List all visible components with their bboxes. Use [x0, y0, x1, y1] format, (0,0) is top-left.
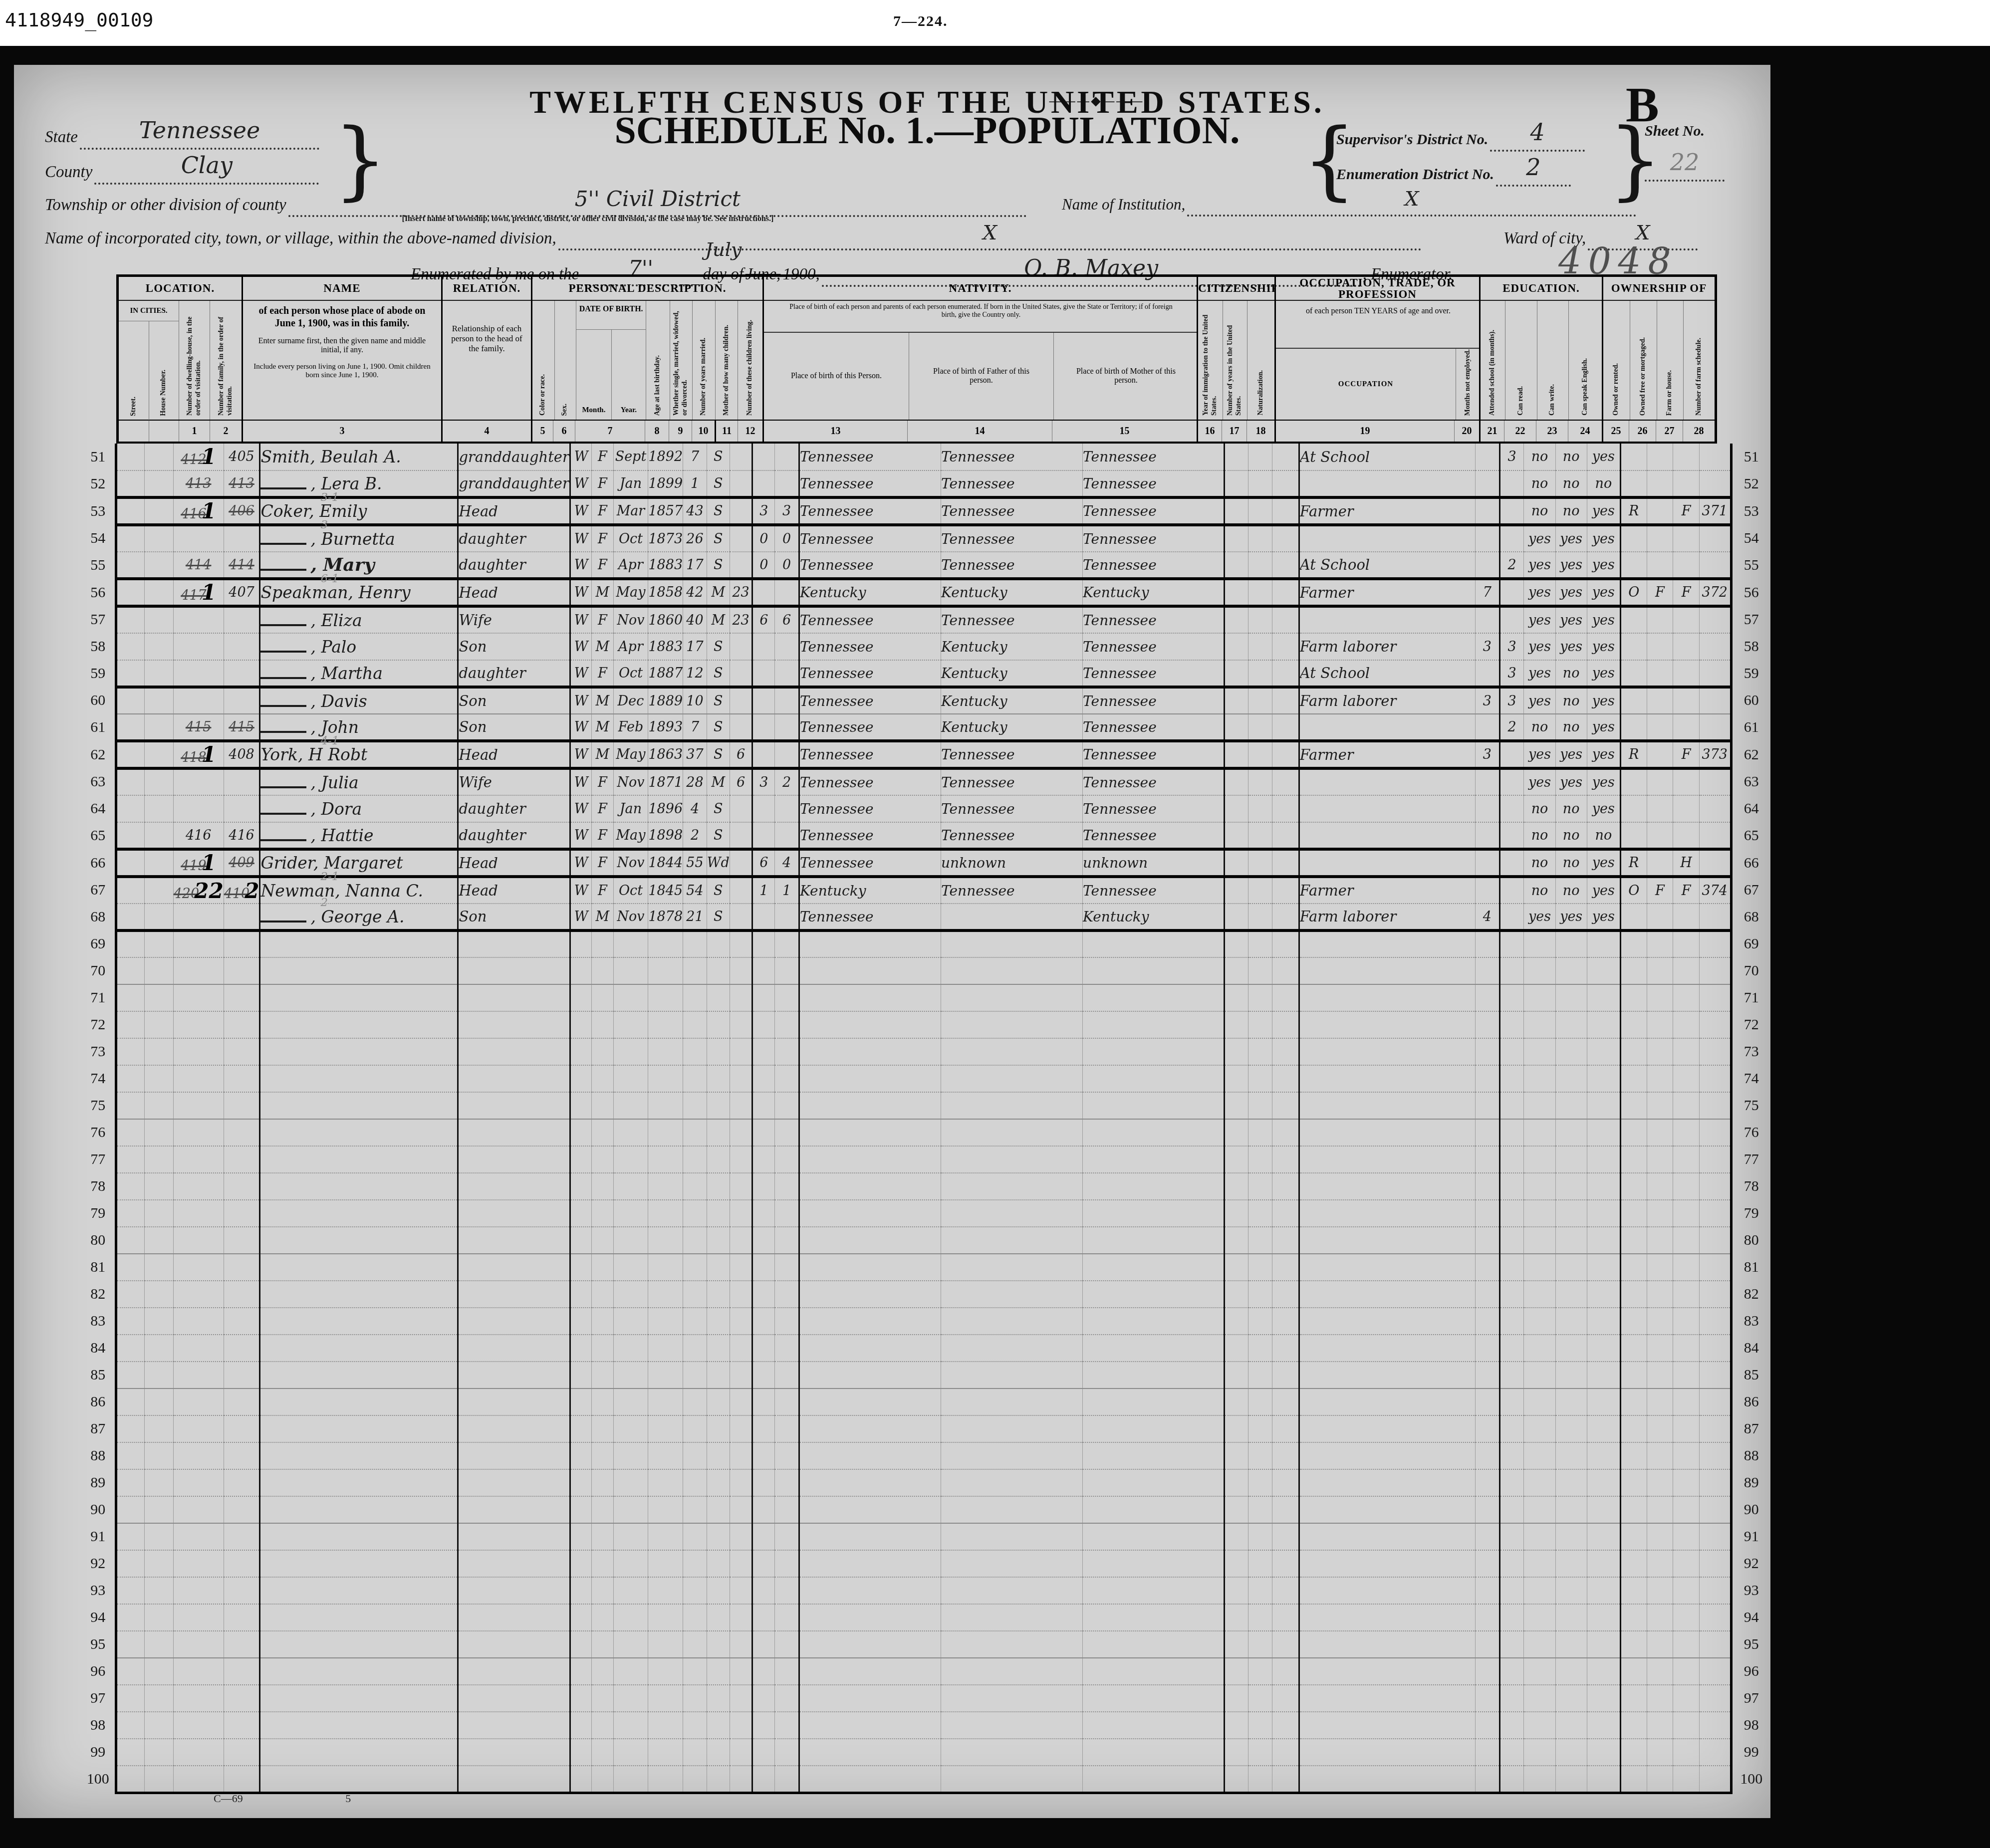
- cell-own-r63: [1620, 768, 1647, 795]
- cell-liv-r97: [775, 1685, 799, 1712]
- cell-rel-r52: granddaughter: [458, 470, 570, 497]
- column-number-11: 11: [715, 421, 738, 442]
- cell-occ-r100: [1299, 1766, 1475, 1793]
- cell-moth-r51: [752, 444, 775, 470]
- cell-sx-r72: [592, 1011, 613, 1038]
- cell-mar-r62: S: [707, 741, 730, 768]
- cell-bpp-r80: [799, 1227, 941, 1254]
- cell-yr-r60: 1889: [648, 687, 683, 714]
- cell-rd-r83: [1524, 1308, 1555, 1335]
- cell-own-r60: [1620, 687, 1647, 714]
- cell-rel-r86: [458, 1388, 570, 1415]
- cell-name-r91: [260, 1523, 458, 1550]
- cell-street-r73: [116, 1038, 145, 1065]
- row-number-right-r81: 81: [1731, 1254, 1770, 1281]
- cell-nat-r76: [1272, 1119, 1299, 1146]
- cell-age-r75: [683, 1092, 707, 1119]
- cell-ofm-r59: [1647, 660, 1673, 687]
- cell-own-r58: [1620, 633, 1647, 660]
- cell-en-r95: [1587, 1631, 1620, 1658]
- cell-sx-r60: M: [592, 687, 613, 714]
- cell-house-r85: [145, 1362, 174, 1388]
- cell-mne-r87: [1475, 1415, 1499, 1442]
- cell-rel-r93: [458, 1577, 570, 1604]
- cell-sx-r89: [592, 1469, 613, 1496]
- cell-occ-r64: [1299, 795, 1475, 822]
- cell-street-r78: [116, 1173, 145, 1200]
- cell-mne-r57: [1475, 606, 1499, 633]
- cell-en-r59: yes: [1587, 660, 1620, 687]
- row-number-left-r81: 81: [81, 1254, 116, 1281]
- cell-fh-r73: [1673, 1038, 1700, 1065]
- cell-rd-r76: [1524, 1119, 1555, 1146]
- cell-ym-r89: [730, 1469, 752, 1496]
- cell-bpf-r77: [941, 1146, 1083, 1173]
- cell-moth-r61: [752, 714, 775, 741]
- cell-rd-r60: yes: [1524, 687, 1555, 714]
- cell-bpm-r59: Tennessee: [1083, 660, 1225, 687]
- cell-liv-r77: [775, 1146, 799, 1173]
- cell-yus-r66: [1248, 849, 1272, 877]
- cell-mar-r75: [707, 1092, 730, 1119]
- cell-mne-r80: [1475, 1227, 1499, 1254]
- cell-occ-r92: [1299, 1550, 1475, 1577]
- cell-fam-r88: [224, 1442, 260, 1469]
- cell-moth-r72: [752, 1011, 775, 1038]
- cell-fh-r71: [1673, 984, 1700, 1011]
- cell-own-r76: [1620, 1119, 1647, 1146]
- cell-fam-r83: [224, 1308, 260, 1335]
- cell-wr-r72: [1555, 1011, 1587, 1038]
- cell-occ-r81: [1299, 1254, 1475, 1281]
- cell-en-r66: yes: [1587, 849, 1620, 877]
- cell-fh-r53: F: [1673, 497, 1700, 525]
- cell-imm-r62: [1225, 741, 1248, 768]
- cell-c-r84: [570, 1335, 591, 1362]
- cell-sx-r98: [592, 1712, 613, 1739]
- cell-name-r99: [260, 1739, 458, 1766]
- cell-rd-r71: [1524, 984, 1555, 1011]
- cell-liv-r71: [775, 984, 799, 1011]
- cell-bpm-r64: Tennessee: [1083, 795, 1225, 822]
- cell-rd-r56: yes: [1524, 579, 1555, 606]
- cell-bpf-r83: [941, 1308, 1083, 1335]
- cell-dw-r72: [173, 1011, 224, 1038]
- cell-wr-r79: [1555, 1200, 1587, 1227]
- cell-yus-r87: [1248, 1415, 1272, 1442]
- cell-sx-r99: [592, 1739, 613, 1766]
- cell-liv-r62: [775, 741, 799, 768]
- cell-sx-r61: M: [592, 714, 613, 741]
- cell-liv-r79: [775, 1200, 799, 1227]
- cell-sch-r90: [1499, 1496, 1524, 1523]
- cell-wr-r91: [1555, 1523, 1587, 1550]
- cell-dw-r86: [173, 1388, 224, 1415]
- cell-nat-r71: [1272, 984, 1299, 1011]
- cell-sch-r56: [1499, 579, 1524, 606]
- cell-bpp-r69: [799, 930, 941, 957]
- cell-street-r56: [116, 579, 145, 606]
- col-marital-status-label: Whether single, married, widowed, or div…: [673, 305, 690, 416]
- cell-rd-r52: no: [1524, 470, 1555, 497]
- col-owned-rented-label: Owned or rented.: [1612, 363, 1621, 416]
- cell-mar-r89: [707, 1469, 730, 1496]
- name-instruction-3: Include every person living on June 1, 1…: [250, 363, 434, 380]
- cell-en-r62: yes: [1587, 741, 1620, 768]
- cell-sx-r62: M: [592, 741, 613, 768]
- cell-liv-r93: [775, 1577, 799, 1604]
- cell-ns-r69: [1699, 930, 1731, 957]
- cell-yr-r92: [648, 1550, 683, 1577]
- cell-c-r68: W: [570, 904, 591, 930]
- cell-rel-r62: Head: [458, 741, 570, 768]
- cell-moth-r64: [752, 795, 775, 822]
- cell-bpm-r73: [1083, 1038, 1225, 1065]
- cell-dw-r79: [173, 1200, 224, 1227]
- cell-dw-r74: [173, 1065, 224, 1092]
- cell-rd-r82: [1524, 1281, 1555, 1308]
- row-number-right-r58: 58: [1731, 633, 1770, 660]
- cell-en-r84: [1587, 1335, 1620, 1362]
- cell-moth-r97: [752, 1685, 775, 1712]
- cell-liv-r72: [775, 1011, 799, 1038]
- cell-name-r71: [260, 984, 458, 1011]
- cell-ns-r53: 371: [1699, 497, 1731, 525]
- cell-moth-r91: [752, 1523, 775, 1550]
- column-number-7: 7: [575, 421, 645, 442]
- cell-wr-r88: [1555, 1442, 1587, 1469]
- cell-sx-r73: [592, 1038, 613, 1065]
- cell-ofm-r72: [1647, 1011, 1673, 1038]
- cell-sx-r71: [592, 984, 613, 1011]
- cell-en-r82: [1587, 1281, 1620, 1308]
- cell-fam-r65: 416: [224, 822, 260, 849]
- cell-bpf-r72: [941, 1011, 1083, 1038]
- cell-ns-r67: 374: [1699, 877, 1731, 904]
- cell-bpp-r91: [799, 1523, 941, 1550]
- cell-fam-r67: 4102: [224, 877, 260, 904]
- cell-yus-r73: [1248, 1038, 1272, 1065]
- cell-ym-r62: 6: [730, 741, 752, 768]
- cell-moth-r66: 6: [752, 849, 775, 877]
- occupation-title: OCCUPATION, TRADE, OR PROFESSION: [1276, 277, 1479, 301]
- cell-bpm-r56: Kentucky: [1083, 579, 1225, 606]
- cell-fam-r57: [224, 606, 260, 633]
- cell-ym-r63: 6: [730, 768, 752, 795]
- cell-ns-r95: [1699, 1631, 1731, 1658]
- cell-mar-r100: [707, 1766, 730, 1793]
- cell-sx-r86: [592, 1388, 613, 1415]
- cell-name-r98: [260, 1712, 458, 1739]
- cell-name-r90: [260, 1496, 458, 1523]
- cell-c-r79: [570, 1200, 591, 1227]
- cell-street-r98: [116, 1712, 145, 1739]
- cell-c-r78: [570, 1173, 591, 1200]
- cell-dw-r90: [173, 1496, 224, 1523]
- cell-fam-r89: [224, 1469, 260, 1496]
- cell-age-r84: [683, 1335, 707, 1362]
- cell-moth-r69: [752, 930, 775, 957]
- cell-yr-r72: [648, 1011, 683, 1038]
- cell-nat-r98: [1272, 1712, 1299, 1739]
- col-children-living: Number of these children living.: [738, 301, 762, 420]
- row-number-right-r53: 53: [1731, 497, 1770, 525]
- cell-moth-r85: [752, 1362, 775, 1388]
- cell-yus-r98: [1248, 1712, 1272, 1739]
- cell-mne-r75: [1475, 1092, 1499, 1119]
- cell-occ-r88: [1299, 1442, 1475, 1469]
- cell-imm-r74: [1225, 1065, 1248, 1092]
- cell-sch-r71: [1499, 984, 1524, 1011]
- cell-moth-r83: [752, 1308, 775, 1335]
- cell-dw-r58: [173, 633, 224, 660]
- cell-bpf-r94: [941, 1604, 1083, 1631]
- cell-rel-r63: Wife: [458, 768, 570, 795]
- cell-mne-r63: [1475, 768, 1499, 795]
- cell-dw-r51: 4121: [173, 444, 224, 470]
- cell-ym-r60: [730, 687, 752, 714]
- row-number-right-r60: 60: [1731, 687, 1770, 714]
- cell-bpp-r75: [799, 1092, 941, 1119]
- cell-mo-r66: Nov: [613, 849, 648, 877]
- cell-house-r70: [145, 957, 174, 984]
- cell-rel-r94: [458, 1604, 570, 1631]
- cell-c-r94: [570, 1604, 591, 1631]
- cell-age-r67: 54: [683, 877, 707, 904]
- cell-moth-r95: [752, 1631, 775, 1658]
- cell-ofm-r62: [1647, 741, 1673, 768]
- cell-street-r53: [116, 497, 145, 525]
- cell-house-r72: [145, 1011, 174, 1038]
- cell-mar-r98: [707, 1712, 730, 1739]
- cell-wr-r56: yes: [1555, 579, 1587, 606]
- row-number-right-r87: 87: [1731, 1415, 1770, 1442]
- cell-ns-r98: [1699, 1712, 1731, 1739]
- cell-rd-r61: no: [1524, 714, 1555, 741]
- cell-ofm-r81: [1647, 1254, 1673, 1281]
- cell-ns-r97: [1699, 1685, 1731, 1712]
- cell-street-r94: [116, 1604, 145, 1631]
- cell-mo-r55: Apr: [613, 552, 648, 579]
- cell-bpp-r60: Tennessee: [799, 687, 941, 714]
- cell-en-r55: yes: [1587, 552, 1620, 579]
- row-number-left-r75: 75: [81, 1092, 116, 1119]
- cell-fam-r92: [224, 1550, 260, 1577]
- cell-moth-r84: [752, 1335, 775, 1362]
- cell-age-r79: [683, 1200, 707, 1227]
- cell-dw-r66: 4191: [173, 849, 224, 877]
- cell-imm-r63: [1225, 768, 1248, 795]
- cell-imm-r94: [1225, 1604, 1248, 1631]
- cell-en-r52: no: [1587, 470, 1620, 497]
- cell-rel-r59: daughter: [458, 660, 570, 687]
- cell-bpp-r81: [799, 1254, 941, 1281]
- cell-name-r94: [260, 1604, 458, 1631]
- cell-rel-r54: daughter: [458, 525, 570, 552]
- cell-liv-r61: [775, 714, 799, 741]
- column-number-row: 1234567891011121314151617181920212223242…: [119, 420, 1715, 442]
- cell-mar-r54: S: [707, 525, 730, 552]
- cell-en-r56: yes: [1587, 579, 1620, 606]
- cell-yr-r82: [648, 1281, 683, 1308]
- row-number-right-r86: 86: [1731, 1388, 1770, 1415]
- cell-mo-r81: [613, 1254, 648, 1281]
- cell-rd-r74: [1524, 1065, 1555, 1092]
- cell-en-r60: yes: [1587, 687, 1620, 714]
- cell-en-r70: [1587, 957, 1620, 984]
- cell-liv-r87: [775, 1415, 799, 1442]
- cell-house-r89: [145, 1469, 174, 1496]
- cell-house-r87: [145, 1415, 174, 1442]
- cell-fh-r80: [1673, 1227, 1700, 1254]
- cell-sch-r92: [1499, 1550, 1524, 1577]
- cell-mo-r89: [613, 1469, 648, 1496]
- cell-name-r75: [260, 1092, 458, 1119]
- cell-name-r70: [260, 957, 458, 984]
- cell-ofm-r53: [1647, 497, 1673, 525]
- cell-liv-r76: [775, 1119, 799, 1146]
- cell-mar-r91: [707, 1523, 730, 1550]
- cell-name-r73: [260, 1038, 458, 1065]
- cell-own-r77: [1620, 1146, 1647, 1173]
- cell-bpm-r96: [1083, 1658, 1225, 1685]
- cell-bpp-r65: Tennessee: [799, 822, 941, 849]
- cell-sx-r55: F: [592, 552, 613, 579]
- cell-fh-r86: [1673, 1388, 1700, 1415]
- cell-c-r77: [570, 1146, 591, 1173]
- cell-liv-r55: 0: [775, 552, 799, 579]
- cell-c-r91: [570, 1523, 591, 1550]
- cell-mo-r76: [613, 1119, 648, 1146]
- cell-en-r51: yes: [1587, 444, 1620, 470]
- cell-occ-r90: [1299, 1496, 1475, 1523]
- section-relation: RELATION.Relationship of each person to …: [441, 277, 531, 420]
- cell-yr-r91: [648, 1523, 683, 1550]
- cell-bpp-r74: [799, 1065, 941, 1092]
- row-number-left-r99: 99: [81, 1739, 116, 1766]
- cell-dw-r57: [173, 606, 224, 633]
- cell-bpp-r58: Tennessee: [799, 633, 941, 660]
- cell-ym-r79: [730, 1200, 752, 1227]
- cell-own-r75: [1620, 1092, 1647, 1119]
- cell-sx-r81: [592, 1254, 613, 1281]
- cell-ofm-r98: [1647, 1712, 1673, 1739]
- row-number-left-r93: 93: [81, 1577, 116, 1604]
- cell-mo-r73: [613, 1038, 648, 1065]
- cell-nat-r95: [1272, 1631, 1299, 1658]
- cell-wr-r58: yes: [1555, 633, 1587, 660]
- supervisor-district-line: Supervisor's District No. 4: [1336, 123, 1585, 152]
- cell-yus-r82: [1248, 1281, 1272, 1308]
- cell-bpf-r92: [941, 1550, 1083, 1577]
- cell-mne-r74: [1475, 1065, 1499, 1092]
- cell-house-r62: [145, 741, 174, 768]
- nativity-title: NATIVITY.: [764, 277, 1197, 301]
- cell-moth-r58: [752, 633, 775, 660]
- col-farm-house: Farm or house.: [1657, 301, 1683, 420]
- cell-ns-r93: [1699, 1577, 1731, 1604]
- cell-c-r93: [570, 1577, 591, 1604]
- cell-ym-r96: [730, 1658, 752, 1685]
- cell-bpm-r51: Tennessee: [1083, 444, 1225, 470]
- cell-house-r54: [145, 525, 174, 552]
- cell-mne-r56: 7: [1475, 579, 1499, 606]
- cell-liv-r92: [775, 1550, 799, 1577]
- col-can-speak-english: Can speak English.: [1568, 301, 1602, 420]
- cell-bpf-r78: [941, 1173, 1083, 1200]
- cell-street-r100: [116, 1766, 145, 1793]
- cell-house-r84: [145, 1335, 174, 1362]
- cell-dw-r73: [173, 1038, 224, 1065]
- in-cities-group: IN CITIES.Street.House Number.: [119, 301, 179, 420]
- cell-sch-r80: [1499, 1227, 1524, 1254]
- cell-yus-r69: [1248, 930, 1272, 957]
- cell-mne-r68: 4: [1475, 904, 1499, 930]
- cell-ofm-r86: [1647, 1388, 1673, 1415]
- township-label: Township or other division of county: [45, 196, 286, 214]
- row-number-right-r84: 84: [1731, 1335, 1770, 1362]
- cell-fam-r52: 413: [224, 470, 260, 497]
- cell-wr-r93: [1555, 1577, 1587, 1604]
- cell-mar-r56: M: [707, 579, 730, 606]
- cell-imm-r100: [1225, 1766, 1248, 1793]
- row-number-left-r100: 100: [81, 1766, 116, 1793]
- cell-wr-r68: yes: [1555, 904, 1587, 930]
- cell-age-r86: [683, 1388, 707, 1415]
- cell-wr-r57: yes: [1555, 606, 1587, 633]
- cell-liv-r91: [775, 1523, 799, 1550]
- cell-street-r84: [116, 1335, 145, 1362]
- cell-fam-r73: [224, 1038, 260, 1065]
- cell-ofm-r55: [1647, 552, 1673, 579]
- cell-sx-r92: [592, 1550, 613, 1577]
- cell-liv-r83: [775, 1308, 799, 1335]
- column-number-22: 22: [1504, 421, 1536, 442]
- cell-liv-r94: [775, 1604, 799, 1631]
- cell-mar-r93: [707, 1577, 730, 1604]
- cell-c-r74: [570, 1065, 591, 1092]
- cell-rd-r78: [1524, 1173, 1555, 1200]
- cell-rd-r69: [1524, 930, 1555, 957]
- cell-yr-r84: [648, 1335, 683, 1362]
- cell-yus-r85: [1248, 1362, 1272, 1388]
- col-years-in-us-label: Number of years in the United States.: [1227, 305, 1244, 416]
- cell-dw-r60: [173, 687, 224, 714]
- cell-en-r75: [1587, 1092, 1620, 1119]
- cell-c-r97: [570, 1685, 591, 1712]
- cell-fam-r60: [224, 687, 260, 714]
- cell-dw-r55: 414: [173, 552, 224, 579]
- col-can-write: Can write.: [1537, 301, 1568, 420]
- row-number-right-r56: 56: [1731, 579, 1770, 606]
- cell-yus-r97: [1248, 1685, 1272, 1712]
- cell-rel-r97: [458, 1685, 570, 1712]
- cell-own-r62: R: [1620, 741, 1647, 768]
- cell-bpp-r76: [799, 1119, 941, 1146]
- cell-ym-r95: [730, 1631, 752, 1658]
- cell-rel-r64: daughter: [458, 795, 570, 822]
- cell-sx-r57: F: [592, 606, 613, 633]
- cell-ym-r76: [730, 1119, 752, 1146]
- cell-ym-r51: [730, 444, 752, 470]
- cell-name-r87: [260, 1415, 458, 1442]
- cell-c-r73: [570, 1038, 591, 1065]
- column-number-14: 14: [907, 421, 1052, 442]
- cell-bpp-r100: [799, 1766, 941, 1793]
- row-number-left-r57: 57: [81, 606, 116, 633]
- cell-rel-r55: daughter: [458, 552, 570, 579]
- cell-fam-r100: [224, 1766, 260, 1793]
